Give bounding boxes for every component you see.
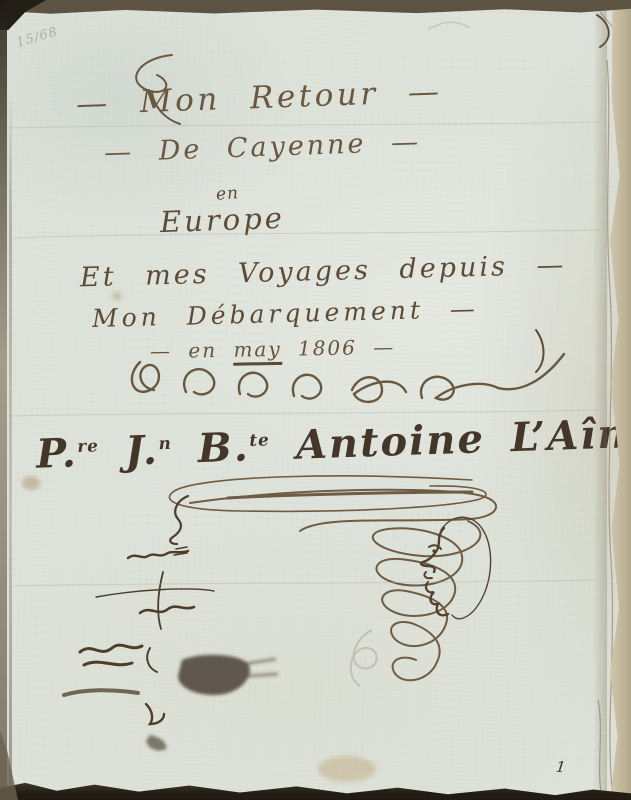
binding-edge-bottom xyxy=(0,778,631,800)
binding-edge-left xyxy=(0,0,7,800)
date-month-underlined: may xyxy=(233,337,282,366)
date-prefix: — en xyxy=(150,338,234,363)
signature-sup-re: re xyxy=(77,435,99,456)
author-signature: P.re J.n B.te Antoine L’Aîné xyxy=(35,409,631,478)
title-line-date: — en may 1806 — xyxy=(150,335,396,363)
corner-hook-mark xyxy=(597,15,609,47)
binding-edge-top xyxy=(0,0,631,16)
title-line-de-cayenne: — De Cayenne — xyxy=(104,126,422,168)
paper-stain-small xyxy=(112,292,122,300)
page-edge-shadow xyxy=(593,0,607,800)
pencil-curl-top xyxy=(428,22,470,30)
signature-initial-j: J. xyxy=(124,427,159,475)
title-line-debarquement: Mon Débarquement — xyxy=(92,294,480,333)
calligraphic-flourish-band xyxy=(132,354,564,402)
paper-stain xyxy=(318,756,376,782)
date-suffix: 1806 — xyxy=(281,335,395,361)
ink-smudge xyxy=(146,655,278,751)
page-deckle-edge xyxy=(601,0,631,800)
pencil-archival-mark: 15/68 xyxy=(15,24,60,50)
face-profile-doodle-left xyxy=(170,496,188,555)
paper-texture xyxy=(0,0,631,800)
pencil-squiggle xyxy=(351,630,377,686)
signature-sup-te: te xyxy=(249,429,270,450)
ink-scribbles xyxy=(64,551,214,724)
gutter-crease xyxy=(9,90,12,790)
title-line-en: en xyxy=(215,183,239,205)
manuscript-page-photo: 15/68 — Mon Retour — — De Cayenne — en E… xyxy=(0,0,631,800)
face-profile-doodle-right xyxy=(421,517,491,618)
title-curl-flourish xyxy=(136,55,180,124)
ink-doodles-layer xyxy=(0,0,631,800)
signature-initial-b: B. xyxy=(197,423,250,472)
signature-initial-p: P. xyxy=(35,429,78,477)
spiral-squiggle-doodle xyxy=(190,490,496,681)
signature-family-name: L’Aîné xyxy=(510,409,631,461)
signature-paraph-lasso xyxy=(169,476,486,511)
signature-sup-n: n xyxy=(158,433,172,453)
title-line-europe: Europe xyxy=(159,201,285,239)
signature-given-name: Antoine xyxy=(295,415,486,469)
paper-creases xyxy=(10,122,600,586)
page-number: 1 xyxy=(555,758,566,777)
ink-stain-spot xyxy=(22,476,40,490)
title-line-mon-retour: — Mon Retour — xyxy=(75,74,443,123)
margin-hook-mark xyxy=(536,330,544,372)
title-line-voyages: Et mes Voyages depuis — xyxy=(80,250,567,294)
